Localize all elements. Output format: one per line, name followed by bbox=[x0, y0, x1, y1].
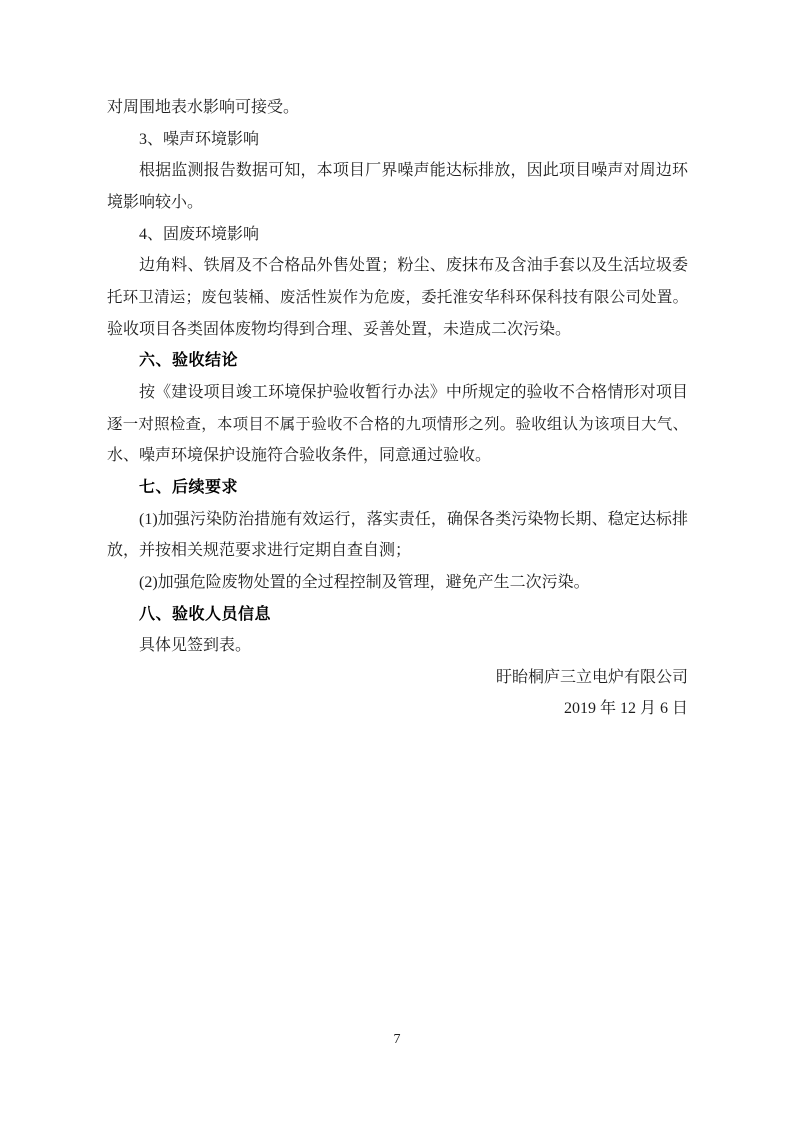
document-content: 对周围地表水影响可接受。 3、噪声环境影响 根据监测报告数据可知，本项目厂界噪声… bbox=[107, 92, 688, 725]
subheading-solid-waste-impact: 4、固废环境影响 bbox=[107, 219, 688, 251]
paragraph-conclusion-line-2: 逐一对照检查，本项目不属于验收不合格的九项情形之列。验收组认为该项目大气、 bbox=[107, 409, 688, 441]
section-heading-follow-up-requirements: 七、后续要求 bbox=[107, 472, 688, 504]
paragraph-requirement-1-line-2: 放，并按相关规范要求进行定期自查自测； bbox=[107, 535, 688, 567]
signature-company: 盱眙桐庐三立电炉有限公司 bbox=[107, 662, 688, 694]
paragraph-solid-waste-line-3: 验收项目各类固体废物均得到合理、妥善处置，未造成二次污染。 bbox=[107, 314, 688, 346]
paragraph-conclusion-line-1: 按《建设项目竣工环境保护验收暂行办法》中所规定的验收不合格情形对项目 bbox=[107, 377, 688, 409]
section-heading-acceptance-conclusion: 六、验收结论 bbox=[107, 345, 688, 377]
paragraph-solid-waste-line-1: 边角料、铁屑及不合格品外售处置；粉尘、废抹布及含油手套以及生活垃圾委 bbox=[107, 250, 688, 282]
paragraph-surface-water-end: 对周围地表水影响可接受。 bbox=[107, 92, 688, 124]
paragraph-noise-line-1: 根据监测报告数据可知，本项目厂界噪声能达标排放，因此项目噪声对周边环 bbox=[107, 155, 688, 187]
page-number: 7 bbox=[0, 1030, 794, 1050]
section-heading-acceptance-personnel: 八、验收人员信息 bbox=[107, 599, 688, 631]
paragraph-requirement-2: (2)加强危险废物处置的全过程控制及管理，避免产生二次污染。 bbox=[107, 567, 688, 599]
subheading-noise-impact: 3、噪声环境影响 bbox=[107, 124, 688, 156]
signature-date: 2019 年 12 月 6 日 bbox=[107, 693, 688, 725]
paragraph-see-sign-in-sheet: 具体见签到表。 bbox=[107, 630, 688, 662]
document-page: 对周围地表水影响可接受。 3、噪声环境影响 根据监测报告数据可知，本项目厂界噪声… bbox=[0, 0, 794, 1123]
paragraph-conclusion-line-3: 水、噪声环境保护设施符合验收条件，同意通过验收。 bbox=[107, 440, 688, 472]
paragraph-requirement-1-line-1: (1)加强污染防治措施有效运行，落实责任，确保各类污染物长期、稳定达标排 bbox=[107, 504, 688, 536]
paragraph-noise-line-2: 境影响较小。 bbox=[107, 187, 688, 219]
paragraph-solid-waste-line-2: 托环卫清运；废包装桶、废活性炭作为危废，委托淮安华科环保科技有限公司处置。 bbox=[107, 282, 688, 314]
